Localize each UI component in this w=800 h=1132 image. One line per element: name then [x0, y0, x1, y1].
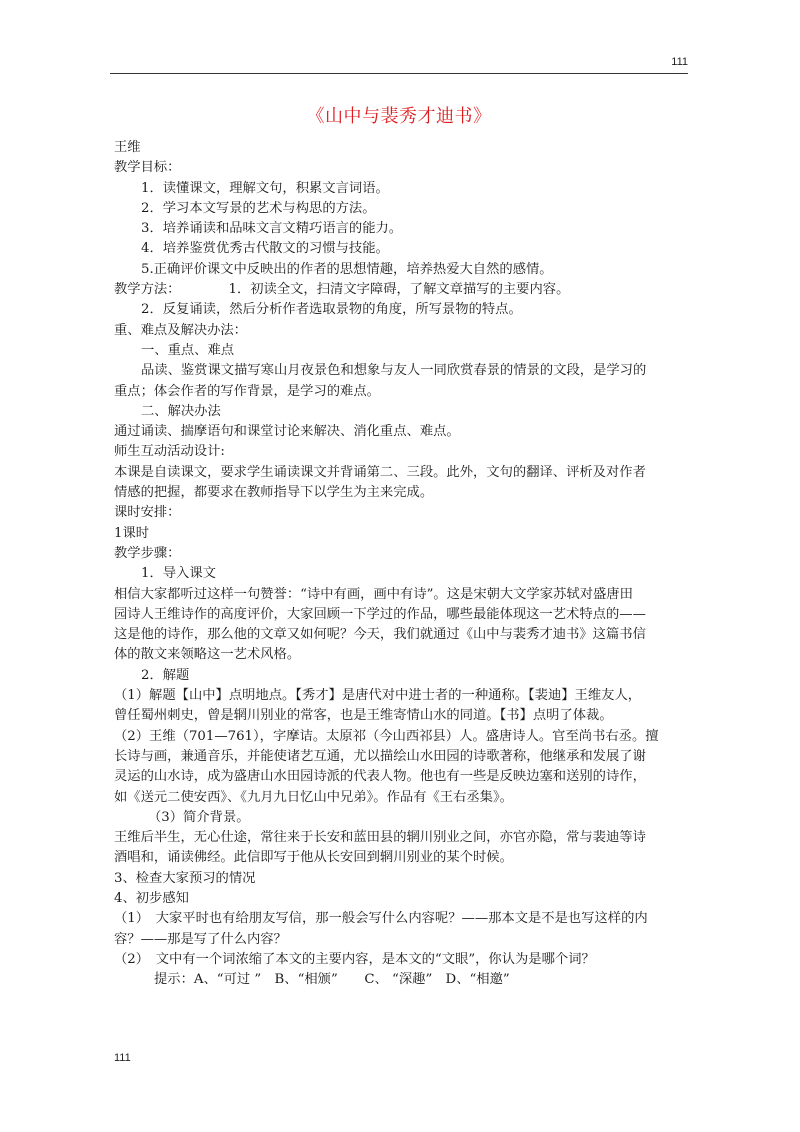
goal-item: 3．培养诵读和品味文言文精巧语言的能力。: [114, 219, 686, 239]
page-header: 111: [110, 56, 688, 74]
step2-p3-heading: （3）简介背景。: [114, 808, 686, 828]
header-page-number: 111: [671, 56, 688, 68]
interaction-heading: 师生互动活动设计:: [114, 442, 686, 462]
steps-heading: 教学步骤：: [114, 544, 686, 564]
schedule-value: 1课时: [114, 524, 686, 544]
step3-heading: 3、检查大家预习的情况: [114, 869, 686, 889]
focus-paragraph-cont: 重点；体会作者的写作背景，是学习的难点。: [114, 382, 686, 402]
step4-q2: （2） 文中有一个词浓缩了本文的主要内容，是本文的“文眼”，你认为是哪个词？: [114, 950, 686, 970]
goal-item: 2．学习本文写景的艺术与构思的方法。: [114, 199, 686, 219]
step2-p1-line: 曾任蜀州刺史，曾是辋川别业的常客，也是王维寄情山水的同道。【书】点明了体裁。: [114, 706, 686, 726]
step2-p1-line: （1）解题【山中】点明地点。【秀才】是唐代对中进士者的一种通称。【裴迪】王维友人…: [114, 686, 686, 706]
step4-hint: 提示：A、“可过 ” B、“相颁” C、 “深趣” D、“相邀”: [114, 970, 686, 990]
step4-q1-line: 容？——那是写了什么内容？: [114, 930, 686, 950]
step2-p2-line: 长诗与画，兼通音乐，并能使诸艺互通，尤以描绘山水田园的诗歌著称，他继承和发展了谢: [114, 747, 686, 767]
interaction-paragraph-cont: 情感的把握，都要求在教师指导下以学生为主来完成。: [114, 483, 686, 503]
goal-item: 1．读懂课文，理解文句，积累文言词语。: [114, 179, 686, 199]
methods-heading: 教学方法：: [114, 282, 180, 297]
methods-row: 教学方法：1．初读全文，扫清文字障碍，了解文章描写的主要内容。: [114, 280, 686, 300]
step2-p3-line: 酒唱和，诵读佛经。此信即写于他从长安回到辋川别业的某个时候。: [114, 848, 686, 868]
goals-heading: 教学目标：: [114, 158, 686, 178]
solution-paragraph: 通过诵读、揣摩语句和课堂讨论来解决、消化重点、难点。: [114, 422, 686, 442]
step2-p2-line: （2）王维（701—761），字摩诘。太原祁（今山西祁县）人。盛唐诗人。官至尚书…: [114, 727, 686, 747]
focus-paragraph: 品读、鉴赏课文描写寒山月夜景色和想象与友人一同欣赏春景的情景的文段，是学习的: [114, 361, 686, 381]
step1-heading: 1．导入课文: [114, 564, 686, 584]
interaction-paragraph: 本课是自读课文，要求学生诵读课文并背诵第二、三段。此外，文句的翻译、评析及对作者: [114, 463, 686, 483]
step2-p2-line: 如《送元二使安西》、《九月九日忆山中兄弟》。作品有《王右丞集》。: [114, 788, 686, 808]
step2-heading: 2．解题: [114, 666, 686, 686]
author: 王维: [114, 138, 686, 158]
solution-subheading: 二、解决办法: [114, 402, 686, 422]
document-body: 王维 教学目标： 1．读懂课文，理解文句，积累文言词语。 2．学习本文写景的艺术…: [114, 138, 686, 990]
step4-q1-line: （1） 大家平时也有给朋友写信，那一般会写什么内容呢？——那本文是不是也写这样的…: [114, 909, 686, 929]
step1-line: 园诗人王维诗作的高度评价，大家回顾一下学过的作品，哪些最能体现这一艺术特点的——: [114, 605, 686, 625]
step1-line: 体的散文来领略这一艺术风格。: [114, 645, 686, 665]
method-item: 2．反复诵读，然后分析作者选取景物的角度，所写景物的特点。: [114, 300, 686, 320]
goal-item: 5.正确评价课文中反映出的作者的思想情趣，培养热爱大自然的感情。: [114, 260, 686, 280]
focus-heading: 重、难点及解决办法：: [114, 321, 686, 341]
focus-subheading: 一、重点、难点: [114, 341, 686, 361]
step4-heading: 4、初步感知: [114, 889, 686, 909]
schedule-heading: 课时安排：: [114, 503, 686, 523]
step2-p3-line: 王维后半生，无心仕途，常往来于长安和蓝田县的辋川别业之间，亦官亦隐，常与裴迪等诗: [114, 828, 686, 848]
goal-item: 4．培养鉴赏优秀古代散文的习惯与技能。: [114, 239, 686, 259]
footer-page-number: 111: [114, 1052, 131, 1064]
method-item: 1．初读全文，扫清文字障碍，了解文章描写的主要内容。: [228, 282, 569, 297]
step1-line: 这是他的诗作，那么他的文章又如何呢？今天，我们就通过《山中与裴秀才迪书》这篇书信: [114, 625, 686, 645]
document-title: 《山中与裴秀才迪书》: [110, 102, 688, 128]
step1-line: 相信大家都听过这样一句赞誉：“诗中有画，画中有诗”。这是宋朝大文学家苏轼对盛唐田: [114, 585, 686, 605]
step2-p2-line: 灵运的山水诗，成为盛唐山水田园诗派的代表人物。他也有一些是反映边塞和送别的诗作，: [114, 767, 686, 787]
